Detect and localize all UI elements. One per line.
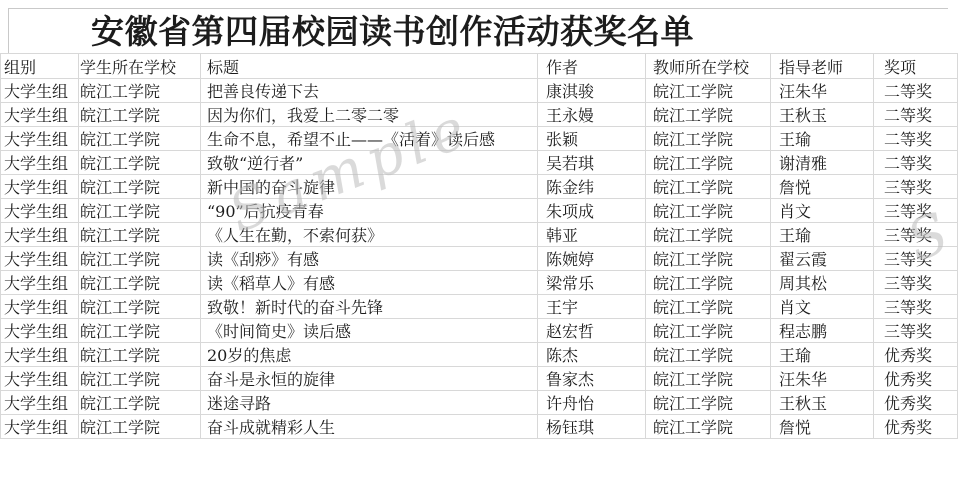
table-body: 大学生组 皖江工学院 把善良传递下去 康淇骏 皖江工学院 汪朱华 二等奖 大学生… <box>1 79 958 439</box>
cell-author: 陈金纬 <box>538 175 646 199</box>
table-row: 大学生组 皖江工学院 把善良传递下去 康淇骏 皖江工学院 汪朱华 二等奖 <box>1 79 958 103</box>
cell-author: 赵宏哲 <box>538 319 646 343</box>
column-header-teacher-school: 教师所在学校 <box>646 54 771 79</box>
cell-advisor: 詹悦 <box>771 175 874 199</box>
cell-author: 陈杰 <box>538 343 646 367</box>
cell-student-school: 皖江工学院 <box>79 151 201 175</box>
cell-award: 二等奖 <box>874 151 958 175</box>
cell-student-school: 皖江工学院 <box>79 391 201 415</box>
cell-group: 大学生组 <box>1 319 79 343</box>
cell-award: 三等奖 <box>874 271 958 295</box>
cell-title: 致敬“逆行者” <box>201 151 538 175</box>
cell-title: 把善良传递下去 <box>201 79 538 103</box>
cell-teacher-school: 皖江工学院 <box>646 79 771 103</box>
cell-title: 生命不息，希望不止——《活着》读后感 <box>201 127 538 151</box>
cell-advisor: 王瑜 <box>771 127 874 151</box>
cell-group: 大学生组 <box>1 247 79 271</box>
cell-advisor: 汪朱华 <box>771 367 874 391</box>
cell-advisor: 詹悦 <box>771 415 874 439</box>
cell-student-school: 皖江工学院 <box>79 79 201 103</box>
table-row: 大学生组 皖江工学院 生命不息，希望不止——《活着》读后感 张颖 皖江工学院 王… <box>1 127 958 151</box>
cell-group: 大学生组 <box>1 103 79 127</box>
cell-author: 韩亚 <box>538 223 646 247</box>
cell-title: 读《刮痧》有感 <box>201 247 538 271</box>
cell-advisor: 王瑜 <box>771 343 874 367</box>
title-cell: 安徽省第四届校园读书创作活动获奖名单 <box>8 8 948 53</box>
cell-group: 大学生组 <box>1 151 79 175</box>
cell-group: 大学生组 <box>1 295 79 319</box>
cell-author: 梁常乐 <box>538 271 646 295</box>
cell-title: 奋斗成就精彩人生 <box>201 415 538 439</box>
cell-award: 三等奖 <box>874 199 958 223</box>
cell-teacher-school: 皖江工学院 <box>646 367 771 391</box>
cell-student-school: 皖江工学院 <box>79 127 201 151</box>
cell-author: 朱项成 <box>538 199 646 223</box>
cell-group: 大学生组 <box>1 271 79 295</box>
cell-student-school: 皖江工学院 <box>79 415 201 439</box>
cell-title: 《时间简史》读后感 <box>201 319 538 343</box>
cell-award: 二等奖 <box>874 79 958 103</box>
column-header-award: 奖项 <box>874 54 958 79</box>
table-row: 大学生组 皖江工学院 奋斗是永恒的旋律 鲁家杰 皖江工学院 汪朱华 优秀奖 <box>1 367 958 391</box>
table-row: 大学生组 皖江工学院 《人生在勤，不索何获》 韩亚 皖江工学院 王瑜 三等奖 <box>1 223 958 247</box>
cell-author: 鲁家杰 <box>538 367 646 391</box>
cell-teacher-school: 皖江工学院 <box>646 103 771 127</box>
cell-group: 大学生组 <box>1 199 79 223</box>
cell-group: 大学生组 <box>1 343 79 367</box>
cell-teacher-school: 皖江工学院 <box>646 415 771 439</box>
table-row: 大学生组 皖江工学院 “90”后抗疫青春 朱项成 皖江工学院 肖文 三等奖 <box>1 199 958 223</box>
cell-award: 二等奖 <box>874 127 958 151</box>
cell-teacher-school: 皖江工学院 <box>646 175 771 199</box>
column-header-author: 作者 <box>538 54 646 79</box>
cell-teacher-school: 皖江工学院 <box>646 247 771 271</box>
cell-title: 新中国的奋斗旋律 <box>201 175 538 199</box>
cell-student-school: 皖江工学院 <box>79 199 201 223</box>
cell-teacher-school: 皖江工学院 <box>646 199 771 223</box>
page-title: 安徽省第四届校园读书创作活动获奖名单 <box>9 9 948 54</box>
table-row: 大学生组 皖江工学院 奋斗成就精彩人生 杨钰琪 皖江工学院 詹悦 优秀奖 <box>1 415 958 439</box>
cell-group: 大学生组 <box>1 127 79 151</box>
cell-teacher-school: 皖江工学院 <box>646 271 771 295</box>
cell-student-school: 皖江工学院 <box>79 175 201 199</box>
cell-advisor: 汪朱华 <box>771 79 874 103</box>
awards-table: 组别 学生所在学校 标题 作者 教师所在学校 指导老师 奖项 大学生组 皖江工学… <box>0 53 958 439</box>
cell-author: 王宇 <box>538 295 646 319</box>
cell-title: 《人生在勤，不索何获》 <box>201 223 538 247</box>
cell-teacher-school: 皖江工学院 <box>646 127 771 151</box>
cell-author: 陈婉婷 <box>538 247 646 271</box>
cell-advisor: 翟云霞 <box>771 247 874 271</box>
cell-author: 吴若琪 <box>538 151 646 175</box>
cell-award: 三等奖 <box>874 295 958 319</box>
cell-student-school: 皖江工学院 <box>79 319 201 343</box>
column-header-title: 标题 <box>201 54 538 79</box>
cell-advisor: 周其松 <box>771 271 874 295</box>
cell-advisor: 谢清雅 <box>771 151 874 175</box>
cell-award: 三等奖 <box>874 247 958 271</box>
cell-group: 大学生组 <box>1 79 79 103</box>
cell-student-school: 皖江工学院 <box>79 103 201 127</box>
header-row: 组别 学生所在学校 标题 作者 教师所在学校 指导老师 奖项 <box>1 54 958 79</box>
cell-student-school: 皖江工学院 <box>79 247 201 271</box>
cell-advisor: 程志鹏 <box>771 319 874 343</box>
cell-author: 杨钰琪 <box>538 415 646 439</box>
cell-award: 二等奖 <box>874 103 958 127</box>
cell-student-school: 皖江工学院 <box>79 367 201 391</box>
cell-advisor: 王瑜 <box>771 223 874 247</box>
table-row: 大学生组 皖江工学院 读《稻草人》有感 梁常乐 皖江工学院 周其松 三等奖 <box>1 271 958 295</box>
cell-group: 大学生组 <box>1 175 79 199</box>
cell-award: 优秀奖 <box>874 343 958 367</box>
table-row: 大学生组 皖江工学院 迷途寻路 许舟怡 皖江工学院 王秋玉 优秀奖 <box>1 391 958 415</box>
cell-teacher-school: 皖江工学院 <box>646 391 771 415</box>
cell-author: 张颖 <box>538 127 646 151</box>
table-row: 大学生组 皖江工学院 《时间简史》读后感 赵宏哲 皖江工学院 程志鹏 三等奖 <box>1 319 958 343</box>
cell-teacher-school: 皖江工学院 <box>646 319 771 343</box>
cell-title: 迷途寻路 <box>201 391 538 415</box>
cell-award: 优秀奖 <box>874 415 958 439</box>
cell-title: 20岁的焦虑 <box>201 343 538 367</box>
table-row: 大学生组 皖江工学院 读《刮痧》有感 陈婉婷 皖江工学院 翟云霞 三等奖 <box>1 247 958 271</box>
cell-student-school: 皖江工学院 <box>79 295 201 319</box>
cell-advisor: 肖文 <box>771 295 874 319</box>
document-page: 安徽省第四届校园读书创作活动获奖名单 组别 学生所在学校 标题 作者 教师所在学… <box>0 0 960 501</box>
cell-advisor: 王秋玉 <box>771 103 874 127</box>
cell-student-school: 皖江工学院 <box>79 271 201 295</box>
cell-award: 三等奖 <box>874 175 958 199</box>
cell-student-school: 皖江工学院 <box>79 343 201 367</box>
table-row: 大学生组 皖江工学院 致敬！新时代的奋斗先锋 王宇 皖江工学院 肖文 三等奖 <box>1 295 958 319</box>
cell-title: 奋斗是永恒的旋律 <box>201 367 538 391</box>
table-row: 大学生组 皖江工学院 新中国的奋斗旋律 陈金纬 皖江工学院 詹悦 三等奖 <box>1 175 958 199</box>
cell-award: 优秀奖 <box>874 391 958 415</box>
cell-group: 大学生组 <box>1 367 79 391</box>
cell-award: 三等奖 <box>874 319 958 343</box>
cell-title: 读《稻草人》有感 <box>201 271 538 295</box>
cell-title: 因为你们，我爱上二零二零 <box>201 103 538 127</box>
cell-teacher-school: 皖江工学院 <box>646 223 771 247</box>
column-header-advisor: 指导老师 <box>771 54 874 79</box>
cell-award: 优秀奖 <box>874 367 958 391</box>
cell-advisor: 肖文 <box>771 199 874 223</box>
cell-award: 三等奖 <box>874 223 958 247</box>
cell-title: “90”后抗疫青春 <box>201 199 538 223</box>
cell-author: 王永嫚 <box>538 103 646 127</box>
cell-group: 大学生组 <box>1 391 79 415</box>
cell-advisor: 王秋玉 <box>771 391 874 415</box>
column-header-group: 组别 <box>1 54 79 79</box>
cell-group: 大学生组 <box>1 415 79 439</box>
cell-teacher-school: 皖江工学院 <box>646 151 771 175</box>
cell-author: 康淇骏 <box>538 79 646 103</box>
cell-student-school: 皖江工学院 <box>79 223 201 247</box>
table-row: 大学生组 皖江工学院 20岁的焦虑 陈杰 皖江工学院 王瑜 优秀奖 <box>1 343 958 367</box>
cell-teacher-school: 皖江工学院 <box>646 295 771 319</box>
cell-group: 大学生组 <box>1 223 79 247</box>
table-row: 大学生组 皖江工学院 致敬“逆行者” 吴若琪 皖江工学院 谢清雅 二等奖 <box>1 151 958 175</box>
cell-author: 许舟怡 <box>538 391 646 415</box>
cell-teacher-school: 皖江工学院 <box>646 343 771 367</box>
column-header-student-school: 学生所在学校 <box>79 54 201 79</box>
cell-title: 致敬！新时代的奋斗先锋 <box>201 295 538 319</box>
table-row: 大学生组 皖江工学院 因为你们，我爱上二零二零 王永嫚 皖江工学院 王秋玉 二等… <box>1 103 958 127</box>
